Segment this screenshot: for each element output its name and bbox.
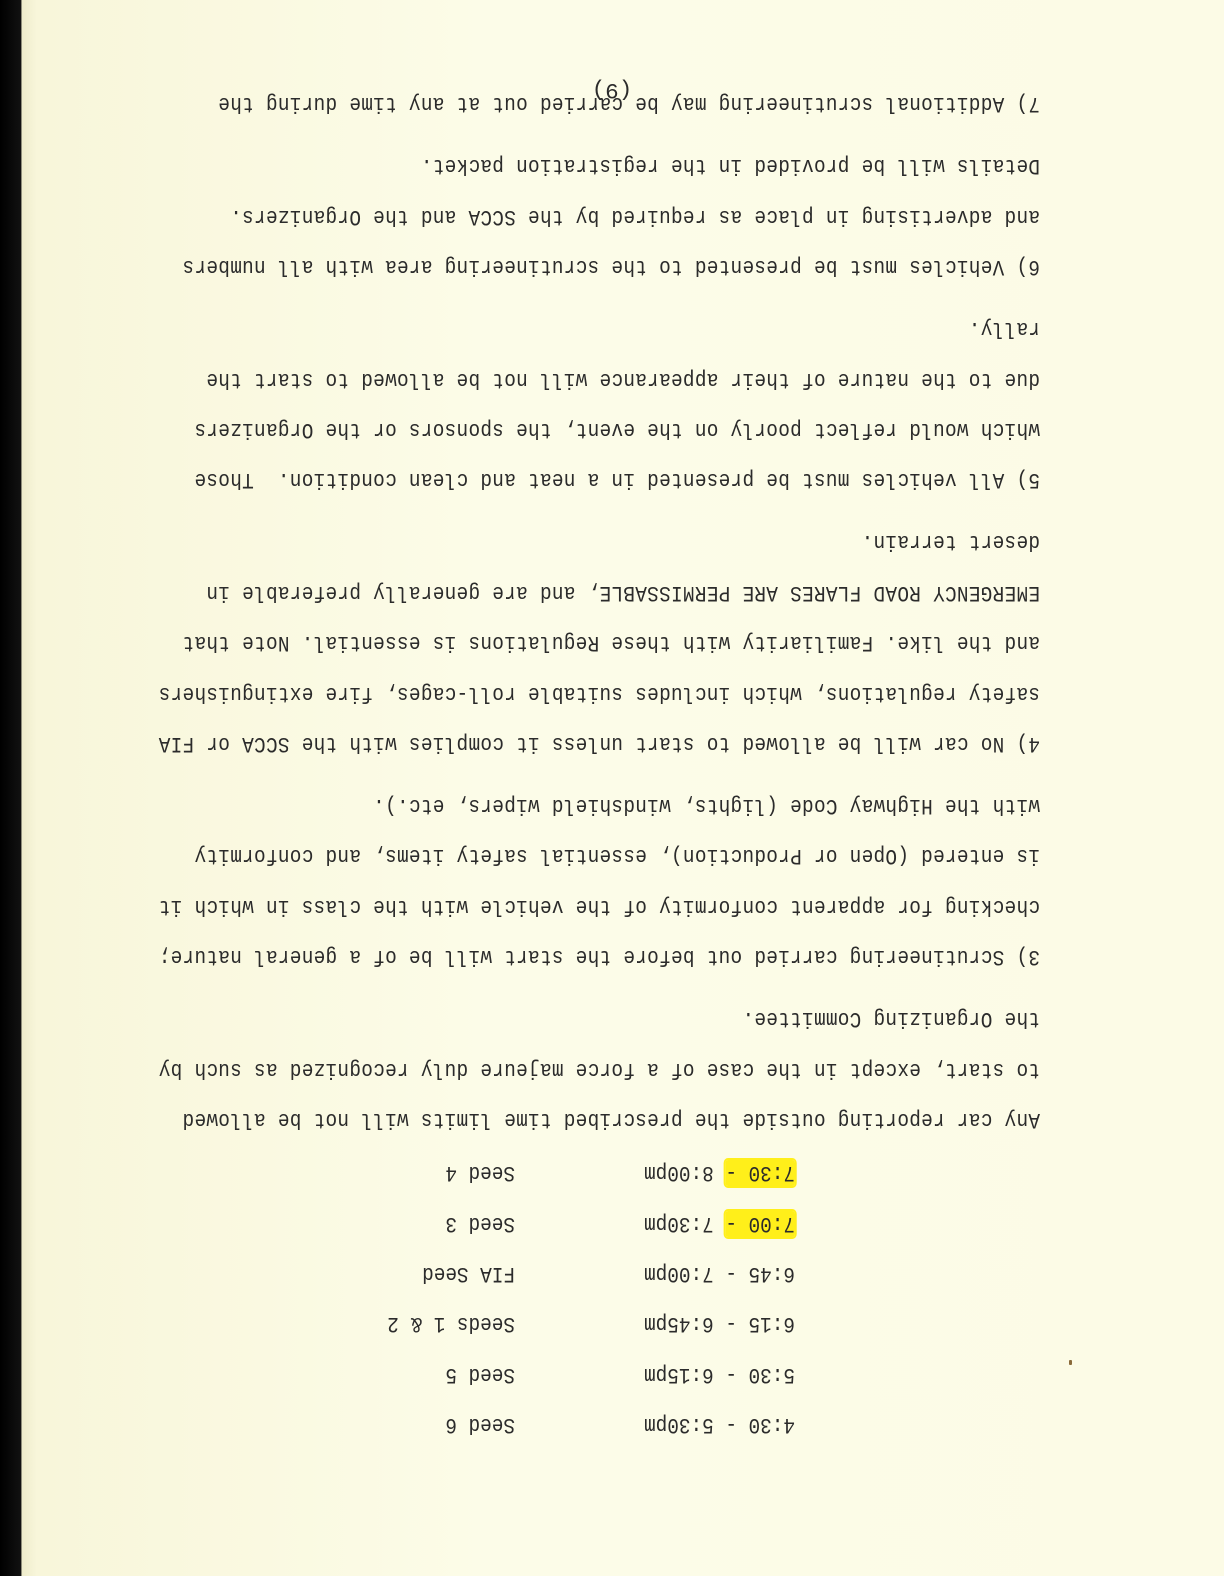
document-page: 4:30 - 5:30pmSeed 65:30 - 6:15pmSeed 56:… <box>0 0 1224 1576</box>
text-line: to start, except in the case of a force … <box>158 1057 1040 1083</box>
text-line: the Organizing Committee. <box>742 1006 1040 1032</box>
schedule-seed: Seed 5 <box>445 1362 515 1388</box>
schedule-seed: FIA Seed <box>422 1261 515 1287</box>
text-line: due to the nature of their appearance wi… <box>206 367 1040 393</box>
time-start: 5:30 - <box>725 1362 795 1388</box>
text-line: 3) Scrutineering carried out before the … <box>158 944 1040 970</box>
schedule-seed: Seeds 1 & 2 <box>387 1311 515 1337</box>
text-line: which would reflect poorly on the event,… <box>194 417 1040 443</box>
schedule-seed: Seed 6 <box>445 1412 515 1438</box>
scan-speck <box>1069 1360 1072 1365</box>
text-line: 4) No car will be allowed to start unles… <box>158 731 1040 757</box>
schedule-time: 4:30 - 5:30pm <box>644 1412 795 1438</box>
time-end: 6:45pm <box>644 1311 725 1337</box>
time-end: 6:15pm <box>644 1362 725 1388</box>
text-line: and advertising in place as required by … <box>230 204 1040 230</box>
time-end: 7:30pm <box>644 1211 725 1237</box>
text-line: with the Highway Code (lights, windshiel… <box>373 793 1040 819</box>
time-end: 7:00pm <box>644 1261 725 1287</box>
time-start: 4:30 - <box>725 1412 795 1438</box>
text-line: 5) All vehicles must be presented in a n… <box>194 467 1040 493</box>
time-start: 6:45 - <box>725 1261 795 1287</box>
text-line: safety regulations, which includes suita… <box>158 681 1040 707</box>
text-line: checking for apparent conformity of the … <box>158 894 1040 920</box>
schedule-seed: Seed 3 <box>445 1211 515 1237</box>
text-line: rally. <box>969 316 1040 342</box>
text-line: and the like. Familiarity with these Reg… <box>182 630 1040 656</box>
text-line: desert terrain. <box>861 529 1040 555</box>
text-line: Details will be provided in the registra… <box>421 153 1040 179</box>
time-start: 7:30 - <box>725 1161 795 1187</box>
time-start: 7:00 - <box>725 1211 795 1237</box>
page-number: (9) <box>0 77 1224 103</box>
text-line: EMERGENCY ROAD FLARES ARE PERMISSABLE, a… <box>206 580 1040 606</box>
schedule-time: 5:30 - 6:15pm <box>644 1362 795 1388</box>
time-end: 5:30pm <box>644 1412 725 1438</box>
time-end: 8:00pm <box>644 1161 725 1187</box>
schedule-time: 7:00 - 7:30pm <box>644 1211 795 1237</box>
text-line: is entered (Open or Production), essenti… <box>194 843 1040 869</box>
schedule-time: 7:30 - 8:00pm <box>644 1161 795 1187</box>
text-line: Any car reporting outside the prescribed… <box>182 1107 1040 1133</box>
schedule-seed: Seed 4 <box>445 1161 515 1187</box>
text-line: 6) Vehicles must be presented to the scr… <box>182 254 1040 280</box>
schedule-time: 6:45 - 7:00pm <box>644 1261 795 1287</box>
schedule-time: 6:15 - 6:45pm <box>644 1311 795 1337</box>
time-start: 6:15 - <box>725 1311 795 1337</box>
